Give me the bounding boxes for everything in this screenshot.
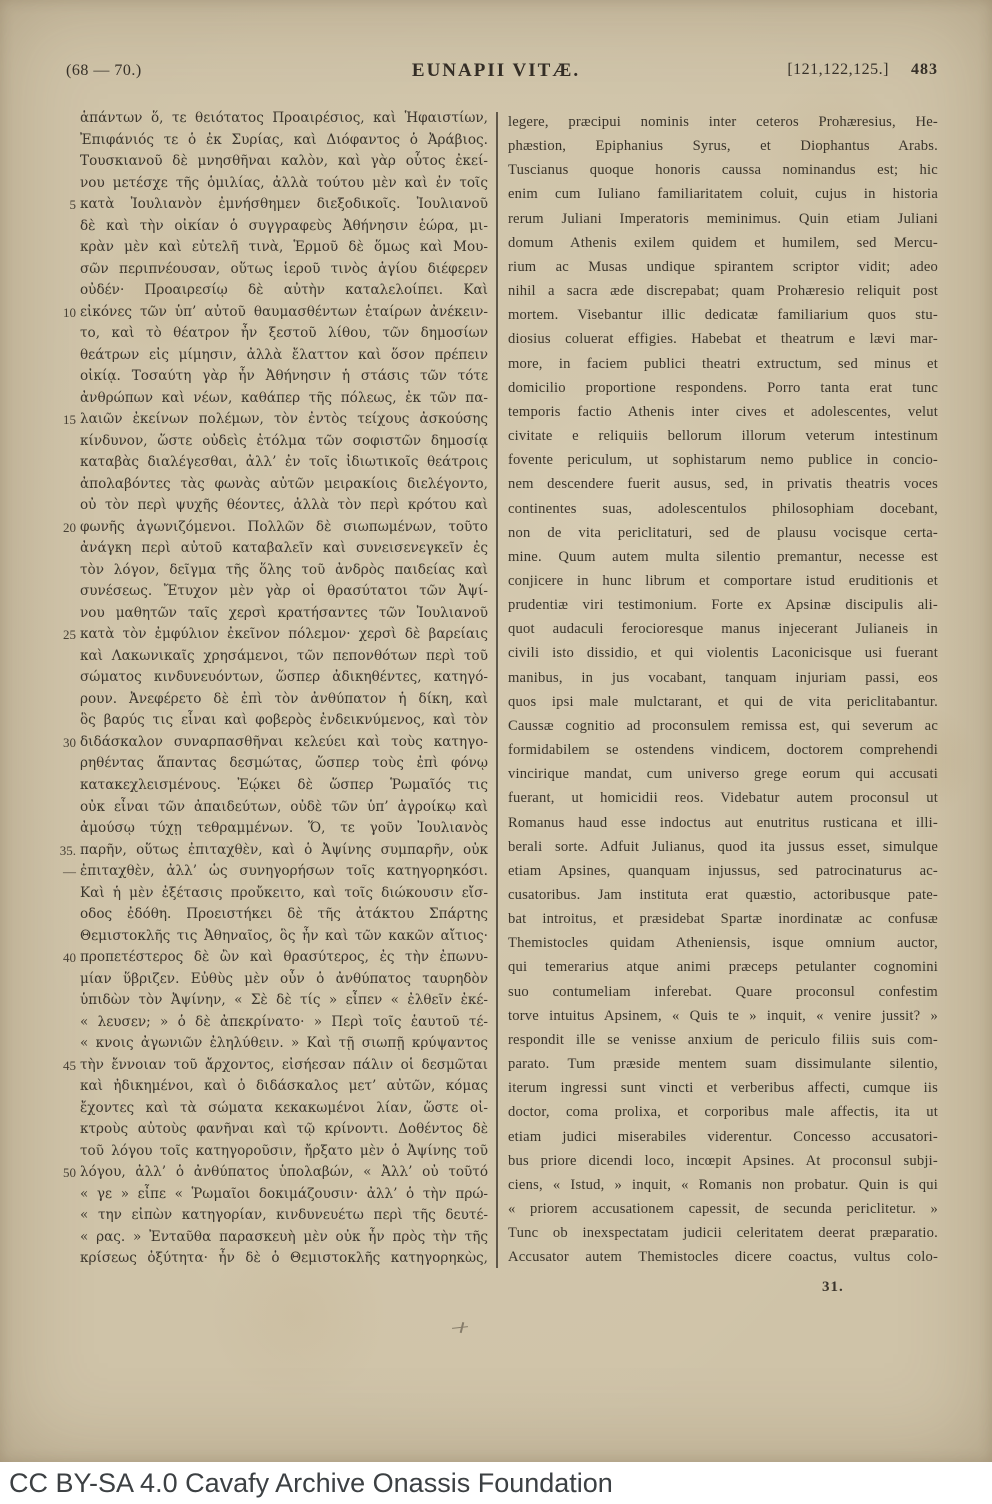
- greek-text: « κνοις ἀγωνιῶν ἐληλύθειν. » Καὶ τῇ σιωπ…: [80, 1033, 488, 1055]
- greek-text: καὶ Λακωνικαῖς χρησάμενοι, τῶν πεπονθότω…: [80, 646, 488, 668]
- line-number: [50, 431, 80, 453]
- ink-blemish: [452, 1322, 468, 1334]
- greek-text: « την εἰπὼν κατηγορίαν, κινδυνευέτω περὶ…: [80, 1205, 488, 1227]
- text-line: continentes suas, adolescentulos philoso…: [508, 497, 938, 521]
- text-line: quot audaculi ferocioresque manus injece…: [508, 617, 938, 641]
- line-number: [50, 883, 80, 905]
- greek-text: το, καὶ τὸ θέατρον ἦν ξεστοῦ λίθου, τῶν …: [80, 323, 488, 345]
- line-number: [50, 216, 80, 238]
- line-number: [50, 474, 80, 496]
- greek-text: διδάσκαλον συναρπασθῆναι κελεύει καὶ τοὺ…: [80, 732, 488, 754]
- line-number: 35.: [50, 840, 80, 862]
- greek-text: νου μαθητῶν ταῖς χερσὶ κρατήσαντες τῶν Ἰ…: [80, 603, 488, 625]
- line-number: [50, 1012, 80, 1034]
- header-citation: [121,122,125.]: [787, 61, 889, 78]
- text-line: 25κατὰ τὸν ἐμφύλιον ἐκεῖνον πόλεμον· χερ…: [50, 624, 488, 646]
- text-line: 15λαιῶν ἐκείνων πολέμων, τὸν ἐντὸς τείχο…: [50, 409, 488, 431]
- text-line: —ἐπιταχθὲν, ἀλλ’ ὡς συνηγορήσων τοῖς κατ…: [50, 861, 488, 883]
- greek-text: τοῦ λόγου τοῖς κατηγοροῦσιν, ἤρξατο μὲν …: [80, 1141, 488, 1163]
- text-line: 50λόγου, ἀλλ’ ὁ ἀνθύπατος ὑπολαβών, « Ἀλ…: [50, 1162, 488, 1184]
- greek-text: ρηθέντας ἅπαντας δεσμώτας, ὥσπερ τοὺς ἐπ…: [80, 753, 488, 775]
- line-number: [50, 753, 80, 775]
- header-right: [121,122,125.]483: [787, 61, 938, 79]
- text-line: « priorem accusationem capessit, de secu…: [508, 1197, 938, 1221]
- line-number: [50, 1076, 80, 1098]
- text-line: « λευσεν; » ὁ δὲ ἀπεκρίνατο· » Περὶ τοῖς…: [50, 1012, 488, 1034]
- text-line: ἀνάγκη περὶ αὐτοῦ καταβαλεῖν καὶ συνεισε…: [50, 538, 488, 560]
- greek-text: καὶ ἠδικημένοι, καὶ ὁ διδάσκαλος μετ’ αὐ…: [80, 1076, 488, 1098]
- license-text: CC BY-SA 4.0 Cavafy Archive Onassis Foun…: [9, 1468, 613, 1499]
- greek-text: μίαν ὕβριζεν. Εὐθὺς μὲν οὖν ὁ ἀνθύπατος …: [80, 969, 488, 991]
- greek-text: προπετέστερος δὲ ὢν καὶ θρασύτερος, ἐς τ…: [80, 947, 488, 969]
- greek-text: ὑπιδὼν τὸν Ἀψίνην, « Σὲ δὲ τίς » εἶπεν «…: [80, 990, 488, 1012]
- greek-text: Τουσκιανοῦ δὲ μνησθῆναι καλὸν, καὶ γὰρ ο…: [80, 151, 488, 173]
- text-line: cusatoribus. Jam instituta erat quæstio,…: [508, 883, 938, 907]
- greek-text: κατὰ τὸν ἐμφύλιον ἐκεῖνον πόλεμον· χερσὶ…: [80, 624, 488, 646]
- text-line: ciens, « Istud, » inquit, « Romanis non …: [508, 1173, 938, 1197]
- text-line: etiam Apsines, quanquam injussus, sed pa…: [508, 859, 938, 883]
- text-line: fuerant, ut homicidii reos. Videbatur au…: [508, 786, 938, 810]
- text-line: doctor, coma prolixa, et corporibus male…: [508, 1100, 938, 1124]
- text-line: κίνδυνον, ὥστε οὐδεὶς ἐτόλμα τῶν σοφιστῶ…: [50, 431, 488, 453]
- greek-text: συνέσεως. Ἔτυχον μὲν γὰρ οἱ θρασύτατοι τ…: [80, 581, 488, 603]
- scanned-book-page: (68 — 70.) EUNAPII VITÆ. [121,122,125.]4…: [0, 0, 992, 1504]
- greek-text: ἀνάγκη περὶ αὐτοῦ καταβαλεῖν καὶ συνεισε…: [80, 538, 488, 560]
- text-line: ἀνθρώπων καὶ νέων, καθάπερ τῆς πόλεως, ἐ…: [50, 388, 488, 410]
- text-line: domum Athenis exilem quidem et humilem, …: [508, 231, 938, 255]
- text-line: συνέσεως. Ἔτυχον μὲν γὰρ οἱ θρασύτατοι τ…: [50, 581, 488, 603]
- text-line: ἀπολαβόντες τὰς φωνὰς αὐτῶν μειρακίοις δ…: [50, 474, 488, 496]
- greek-text: σώματος κινδυνευόντων, ὥσπερ ἀδικηθέντες…: [80, 667, 488, 689]
- text-line: prudentiæ viri testimonium. Forte ex Aps…: [508, 593, 938, 617]
- text-line: σῶν περιπνέουσαν, οὕτως ἱεροῦ τινὸς ἁγίο…: [50, 259, 488, 281]
- text-line: 10εἰκόνες τῶν ὑπ’ αὐτοῦ θαυμασθέντων ἑτα…: [50, 302, 488, 324]
- line-number: [50, 259, 80, 281]
- greek-text: Θεμιστοκλῆς τις Ἀθηναῖος, ὃς ἦν καὶ τῶν …: [80, 926, 488, 948]
- line-number: 20: [50, 517, 80, 539]
- text-line: « ρας. » Ἐνταῦθα παρασκευὴ μὲν οὐκ ἦν πρ…: [50, 1227, 488, 1249]
- line-number: [50, 388, 80, 410]
- text-line: qui temerarius atque animi præceps petul…: [508, 955, 938, 979]
- column-divider-rule: [496, 112, 498, 1268]
- line-number: 25: [50, 624, 80, 646]
- text-line: οὐ τὸν περὶ ψυχῆς θέοντες, ἀλλὰ τὸν περὶ…: [50, 495, 488, 517]
- greek-text: οἰκίᾳ. Τοσαύτη γὰρ ἦν Ἀθήνησιν ἡ στάσις …: [80, 366, 488, 388]
- text-line: non de vita periclitaturi, sed de plausu…: [508, 521, 938, 545]
- line-number: [50, 710, 80, 732]
- page-title: EUNAPII VITÆ.: [412, 60, 580, 82]
- text-line: manibus, in jus vocabant, tanquam injuri…: [508, 666, 938, 690]
- line-number: [50, 1098, 80, 1120]
- text-line: νου μετέσχε τῆς ὁμιλίας, ἀλλὰ τούτου μὲν…: [50, 173, 488, 195]
- text-line: mortem. Visebantur illic dedicatæ famili…: [508, 303, 938, 327]
- text-line: mine. Quum autem multa silentio premantu…: [508, 545, 938, 569]
- text-line: Romanus haud esse indoctus aut enutritus…: [508, 811, 938, 835]
- text-line: οδος ἐδόθη. Προειστήκει δὲ τῆς ἀτάκτου Σ…: [50, 904, 488, 926]
- text-line: iterum ingressi sunt vincti et verberibu…: [508, 1076, 938, 1100]
- greek-text: τὸν λόγον, δεῖγμα τῆς ὅλης τοῦ ἀνδρὸς πα…: [80, 560, 488, 582]
- header-folio-range: (68 — 70.): [66, 62, 142, 80]
- line-number: [50, 969, 80, 991]
- text-line: οἰκίᾳ. Τοσαύτη γὰρ ἦν Ἀθήνησιν ἡ στάσις …: [50, 366, 488, 388]
- greek-text: « λευσεν; » ὁ δὲ ἀπεκρίνατο· » Περὶ τοῖς…: [80, 1012, 488, 1034]
- text-line: 5κατὰ Ἰουλιανὸν ἐμνήσθημεν διεξοδικοῖς. …: [50, 194, 488, 216]
- line-number: [50, 538, 80, 560]
- line-number: 45: [50, 1055, 80, 1077]
- text-line: οὐκ εἶναι τῶν ἀπαιδεύτων, οὐδὲ τῶν ὑπ’ ἀ…: [50, 797, 488, 819]
- header-page-number: 483: [911, 61, 938, 78]
- text-line: fovente periculum, ut sophistarum nemo p…: [508, 448, 938, 472]
- text-line: quos ipsi male mulctarant, et qui de vit…: [508, 690, 938, 714]
- text-line: δὲ καὶ τὴν οἰκίαν ὁ συγγραφεὺς Ἀθήνησιν …: [50, 216, 488, 238]
- greek-text: κρίσεως ὀξύτητα· ἦν δὲ ὁ Θεμιστοκλῆς κατ…: [80, 1248, 488, 1270]
- text-line: κρὰν μὲν καὶ εὐτελῆ τινὰ, Ἑρμοῦ δὲ ὅμως …: [50, 237, 488, 259]
- text-line: bus priore dicendi loco, incœpit Apsines…: [508, 1149, 938, 1173]
- text-line: « την εἰπὼν κατηγορίαν, κινδυνευέτω περὶ…: [50, 1205, 488, 1227]
- line-number: [50, 775, 80, 797]
- greek-text: Ἐπιφάνιός τε ὁ ἐκ Συρίας, καὶ Διόφαντος …: [80, 130, 488, 152]
- line-number: [50, 1141, 80, 1163]
- line-number: [50, 1119, 80, 1141]
- text-line: ὑπιδὼν τὸν Ἀψίνην, « Σὲ δὲ τίς » εἶπεν «…: [50, 990, 488, 1012]
- text-line: Caussæ cognitio ad proconsulem remissa e…: [508, 714, 938, 738]
- text-line: κτροὺς αὐτοὺς φανῆναι καὶ τῷ κρίνοντι. Δ…: [50, 1119, 488, 1141]
- greek-text: « ρας. » Ἐνταῦθα παρασκευὴ μὲν οὐκ ἦν πρ…: [80, 1227, 488, 1249]
- greek-text: δὲ καὶ τὴν οἰκίαν ὁ συγγραφεὺς Ἀθήνησιν …: [80, 216, 488, 238]
- text-line: 45τὴν ἔννοιαν τοῦ ἄρχοντος, εἰσήεσαν πάλ…: [50, 1055, 488, 1077]
- line-number: [50, 366, 80, 388]
- text-line: 35.παρῆν, οὕτως ἐπιταχθὲν, καὶ ὁ Ἀψίνης …: [50, 840, 488, 862]
- greek-text: τὴν ἔννοιαν τοῦ ἄρχοντος, εἰσήεσαν πάλιν…: [80, 1055, 488, 1077]
- text-line: conjicere in hunc librum et comportare i…: [508, 569, 938, 593]
- paper-background: (68 — 70.) EUNAPII VITÆ. [121,122,125.]4…: [0, 0, 992, 1462]
- text-line: civitate e reliquiis bellorum illorum ve…: [508, 424, 938, 448]
- greek-text: ἀπολαβόντες τὰς φωνὰς αὐτῶν μειρακίοις δ…: [80, 474, 488, 496]
- page-header: (68 — 70.) EUNAPII VITÆ. [121,122,125.]4…: [0, 60, 992, 86]
- text-line: diosius coluerat effigies. Habebat et th…: [508, 327, 938, 351]
- line-number: [50, 667, 80, 689]
- text-line: ἔχοντες καὶ τὰ σώματα κεκακωμένοι λίαν, …: [50, 1098, 488, 1120]
- greek-text: παρῆν, οὕτως ἐπιταχθὲν, καὶ ὁ Ἀψίνης συμ…: [80, 840, 488, 862]
- line-number: —: [50, 861, 80, 883]
- text-line: θεάτρων εἰς μίμησιν, ἀλλὰ ἔλαττον καὶ ὅσ…: [50, 345, 488, 367]
- line-number: [50, 1184, 80, 1206]
- text-line: rerum Juliani Imperatoris meminimus. Qui…: [508, 207, 938, 231]
- line-number: [50, 130, 80, 152]
- line-number: 40: [50, 947, 80, 969]
- greek-text: καταβὰς διαλέγεσθαι, ἀλλ’ ἐν τοῖς ἰδιωτι…: [80, 452, 488, 474]
- greek-text: οὐκ εἶναι τῶν ἀπαιδεύτων, οὐδὲ τῶν ὑπ’ ἀ…: [80, 797, 488, 819]
- greek-text: θεάτρων εἰς μίμησιν, ἀλλὰ ἔλαττον καὶ ὅσ…: [80, 345, 488, 367]
- greek-text: νου μετέσχε τῆς ὁμιλίας, ἀλλὰ τούτου μὲν…: [80, 173, 488, 195]
- greek-text: Καὶ ἡ μὲν ἐξέτασις προὔκειτο, καὶ τοῖς δ…: [80, 883, 488, 905]
- greek-text: ὃς βαρύς τις εἶναι καὶ φοβερὸς ἐνδεικνύμ…: [80, 710, 488, 732]
- text-line: καὶ Λακωνικαῖς χρησάμενοι, τῶν πεπονθότω…: [50, 646, 488, 668]
- line-number: [50, 1205, 80, 1227]
- line-number: [50, 280, 80, 302]
- line-number: [50, 818, 80, 840]
- text-line: καταβὰς διαλέγεσθαι, ἀλλ’ ἐν τοῖς ἰδιωτι…: [50, 452, 488, 474]
- greek-text: κτροὺς αὐτοὺς φανῆναι καὶ τῷ κρίνοντι. Δ…: [80, 1119, 488, 1141]
- line-number: [50, 1227, 80, 1249]
- line-number: [50, 646, 80, 668]
- text-line: suo contumeliam inferebat. Quare procons…: [508, 980, 938, 1004]
- signature-mark: 31.: [822, 1279, 844, 1296]
- line-number: [50, 323, 80, 345]
- text-line: ἀμούσῳ τύχῃ τεθραμμένων. Ὅ, τε γοῦν Ἰουλ…: [50, 818, 488, 840]
- line-number: [50, 173, 80, 195]
- text-line: formidabilem se ostendens vindicem, doct…: [508, 738, 938, 762]
- greek-text: οὐ τὸν περὶ ψυχῆς θέοντες, ἀλλὰ τὸν περὶ…: [80, 495, 488, 517]
- line-number: [50, 345, 80, 367]
- text-line: ρηθέντας ἅπαντας δεσμώτας, ὥσπερ τοὺς ἐπ…: [50, 753, 488, 775]
- line-number: [50, 990, 80, 1012]
- text-line: Ἐπιφάνιός τε ὁ ἐκ Συρίας, καὶ Διόφαντος …: [50, 130, 488, 152]
- greek-text: οὐδέν· Προαιρεσίῳ δὲ αὐτὴν καταλελοίπει.…: [80, 280, 488, 302]
- greek-column: ἁπάντων ὅ, τε θειότατος Προαιρέσιος, καὶ…: [50, 108, 488, 1270]
- greek-text: λόγου, ἀλλ’ ὁ ἀνθύπατος ὑπολαβών, « Ἀλλ’…: [80, 1162, 488, 1184]
- greek-text: ἔχοντες καὶ τὰ σώματα κεκακωμένοι λίαν, …: [80, 1098, 488, 1120]
- greek-text: ἐπιταχθὲν, ἀλλ’ ὡς συνηγορήσων τοῖς κατη…: [80, 861, 488, 883]
- line-number: [50, 151, 80, 173]
- greek-text: οδος ἐδόθη. Προειστήκει δὲ τῆς ἀτάκτου Σ…: [80, 904, 488, 926]
- greek-text: κίνδυνον, ὥστε οὐδεὶς ἐτόλμα τῶν σοφιστῶ…: [80, 431, 488, 453]
- line-number: [50, 1033, 80, 1055]
- greek-text: ἀνθρώπων καὶ νέων, καθάπερ τῆς πόλεως, ἐ…: [80, 388, 488, 410]
- text-line: berali sorte. Adfuit Julianus, quod ita …: [508, 835, 938, 859]
- text-line: κατακεχλεισμένους. Ἐῴκει δὲ ὥσπερ Ῥωμαῖό…: [50, 775, 488, 797]
- text-line: Accusator autem Themistocles dicere coac…: [508, 1245, 938, 1269]
- text-line: ἁπάντων ὅ, τε θειότατος Προαιρέσιος, καὶ…: [50, 108, 488, 130]
- text-line: μίαν ὕβριζεν. Εὐθὺς μὲν οὖν ὁ ἀνθύπατος …: [50, 969, 488, 991]
- line-number: 50: [50, 1162, 80, 1184]
- text-line: « γε » εἶπε « Ῥωμαῖοι δοκιμάζουσιν· ἀλλ’…: [50, 1184, 488, 1206]
- line-number: 10: [50, 302, 80, 324]
- text-line: Τουσκιανοῦ δὲ μνησθῆναι καλὸν, καὶ γὰρ ο…: [50, 151, 488, 173]
- text-line: Καὶ ἡ μὲν ἐξέτασις προὔκειτο, καὶ τοῖς δ…: [50, 883, 488, 905]
- greek-text: φωνῆς ἀγωνιζόμενοι. Πολλῶν δὲ σιωπωμένων…: [80, 517, 488, 539]
- text-line: legere, præcipui nominis inter ceteros P…: [508, 110, 938, 134]
- text-line: καὶ ἠδικημένοι, καὶ ὁ διδάσκαλος μετ’ αὐ…: [50, 1076, 488, 1098]
- greek-text: « γε » εἶπε « Ῥωμαῖοι δοκιμάζουσιν· ἀλλ’…: [80, 1184, 488, 1206]
- greek-text: ἀμούσῳ τύχῃ τεθραμμένων. Ὅ, τε γοῦν Ἰουλ…: [80, 818, 488, 840]
- line-number: [50, 581, 80, 603]
- text-line: bat introitus, et præsidebat Spartæ inor…: [508, 907, 938, 931]
- text-line: parato. Tum præside mentem suam dissimul…: [508, 1052, 938, 1076]
- text-line: « κνοις ἀγωνιῶν ἐληλύθειν. » Καὶ τῇ σιωπ…: [50, 1033, 488, 1055]
- line-number: [50, 689, 80, 711]
- greek-text: κατὰ Ἰουλιανὸν ἐμνήσθημεν διεξοδικοῖς. Ἰ…: [80, 194, 488, 216]
- text-line: more, in faciem publici theatri extructu…: [508, 352, 938, 376]
- line-number: [50, 108, 80, 130]
- text-line: νου μαθητῶν ταῖς χερσὶ κρατήσαντες τῶν Ἰ…: [50, 603, 488, 625]
- text-line: σώματος κινδυνευόντων, ὥσπερ ἀδικηθέντες…: [50, 667, 488, 689]
- line-number: [50, 926, 80, 948]
- text-line: Themistocles quidam Atheniensis, isque o…: [508, 931, 938, 955]
- greek-text: σῶν περιπνέουσαν, οὕτως ἱεροῦ τινὸς ἁγίο…: [80, 259, 488, 281]
- text-line: etiam judici miserabiles viderentur. Con…: [508, 1125, 938, 1149]
- text-line: enim cum Iuliano familiaritatem coluit, …: [508, 182, 938, 206]
- greek-text: εἰκόνες τῶν ὑπ’ αὐτοῦ θαυμασθέντων ἑταίρ…: [80, 302, 488, 324]
- text-line: τοῦ λόγου τοῖς κατηγοροῦσιν, ἤρξατο μὲν …: [50, 1141, 488, 1163]
- text-line: 30διδάσκαλον συναρπασθῆναι κελεύει καὶ τ…: [50, 732, 488, 754]
- text-line: Tunc ob inexspectatam judicii celeritate…: [508, 1221, 938, 1245]
- text-line: vincirique mandat, cum universo grege eo…: [508, 762, 938, 786]
- text-line: ὃς βαρύς τις εἶναι καὶ φοβερὸς ἐνδεικνύμ…: [50, 710, 488, 732]
- text-line: temporis factio Athenis inter cives et a…: [508, 400, 938, 424]
- greek-text: κατακεχλεισμένους. Ἐῴκει δὲ ὥσπερ Ῥωμαῖό…: [80, 775, 488, 797]
- greek-text: ρουν. Ἀνεφέρετο δὲ ἐπὶ τὸν ἀνθύπατον ἡ δ…: [80, 689, 488, 711]
- text-line: torve intuitus Apsinem, « Quis te » inqu…: [508, 1004, 938, 1028]
- line-number: 15: [50, 409, 80, 431]
- text-line: rium ac Musas undique spirantem scriptor…: [508, 255, 938, 279]
- text-line: Θεμιστοκλῆς τις Ἀθηναῖος, ὃς ἦν καὶ τῶν …: [50, 926, 488, 948]
- line-number: 5: [50, 194, 80, 216]
- text-line: κρίσεως ὀξύτητα· ἦν δὲ ὁ Θεμιστοκλῆς κατ…: [50, 1248, 488, 1270]
- license-bar: CC BY-SA 4.0 Cavafy Archive Onassis Foun…: [0, 1462, 992, 1504]
- text-line: τὸν λόγον, δεῖγμα τῆς ὅλης τοῦ ἀνδρὸς πα…: [50, 560, 488, 582]
- line-number: [50, 237, 80, 259]
- greek-text: κρὰν μὲν καὶ εὐτελῆ τινὰ, Ἑρμοῦ δὲ ὅμως …: [80, 237, 488, 259]
- text-line: nem descendere fuerit ausus, sed, in pri…: [508, 472, 938, 496]
- text-line: 20φωνῆς ἀγωνιζόμενοι. Πολλῶν δὲ σιωπωμέν…: [50, 517, 488, 539]
- text-line: το, καὶ τὸ θέατρον ἦν ξεστοῦ λίθου, τῶν …: [50, 323, 488, 345]
- line-number: [50, 1248, 80, 1270]
- text-line: Tuscianus quoque honoris caussa nominand…: [508, 158, 938, 182]
- line-number: [50, 560, 80, 582]
- text-line: civili isto dissidio, et qui violentis L…: [508, 641, 938, 665]
- text-line: ρουν. Ἀνεφέρετο δὲ ἐπὶ τὸν ἀνθύπατον ἡ δ…: [50, 689, 488, 711]
- text-line: respondit ille se venisse anxium de peri…: [508, 1028, 938, 1052]
- line-number: [50, 603, 80, 625]
- text-line: nihil a sacra æde discrepabat; quam Proh…: [508, 279, 938, 303]
- text-line: phæstion, Epiphanius Syrus, et Diophantu…: [508, 134, 938, 158]
- text-line: domicilio proportione respondens. Porro …: [508, 376, 938, 400]
- line-number: [50, 452, 80, 474]
- line-number: [50, 495, 80, 517]
- text-line: οὐδέν· Προαιρεσίῳ δὲ αὐτὴν καταλελοίπει.…: [50, 280, 488, 302]
- text-line: 40προπετέστερος δὲ ὢν καὶ θρασύτερος, ἐς…: [50, 947, 488, 969]
- latin-column: legere, præcipui nominis inter ceteros P…: [508, 110, 938, 1270]
- greek-text: λαιῶν ἐκείνων πολέμων, τὸν ἐντὸς τείχους…: [80, 409, 488, 431]
- line-number: [50, 904, 80, 926]
- greek-text: ἁπάντων ὅ, τε θειότατος Προαιρέσιος, καὶ…: [80, 108, 488, 130]
- line-number: 30: [50, 732, 80, 754]
- line-number: [50, 797, 80, 819]
